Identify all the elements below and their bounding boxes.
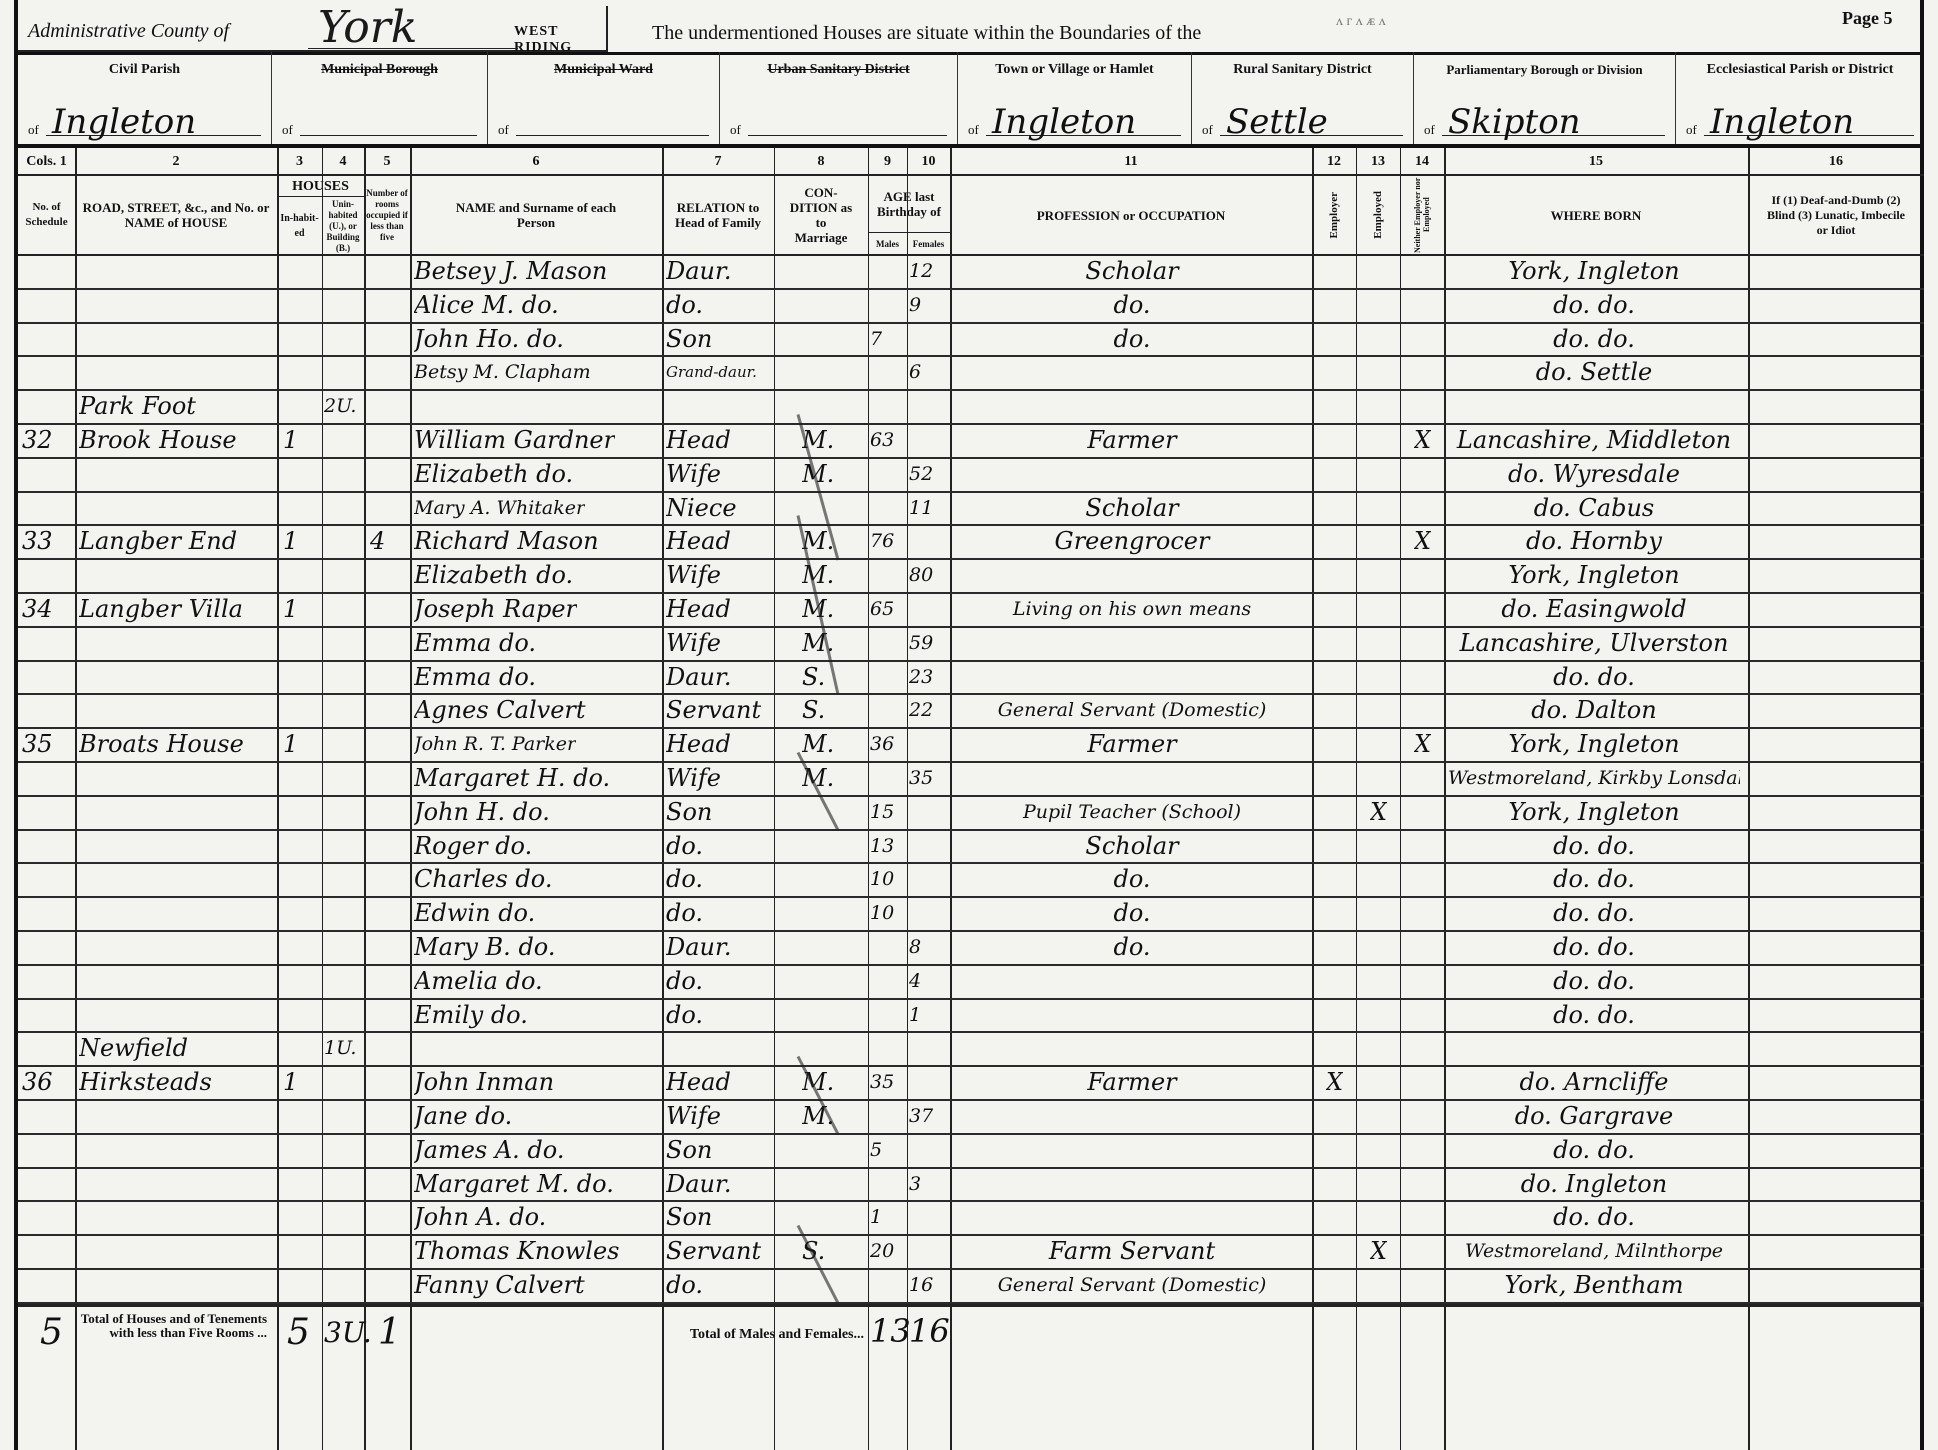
column-number: 8 — [774, 150, 868, 174]
road-house: Langber Villa — [79, 593, 243, 625]
district-label: Urban Sanitary District — [720, 62, 957, 78]
table-row: Elizabeth do.WifeM.80York, Ingleton — [0, 559, 1938, 593]
relation: do. — [666, 863, 703, 895]
header-age: AGE last Birthday of — [868, 176, 950, 232]
schedule-number: 32 — [22, 424, 53, 456]
where-born: York, Bentham — [1448, 1269, 1740, 1301]
relation: Wife — [666, 458, 721, 490]
uninhabited: 2U. — [324, 390, 356, 422]
female-age: 8 — [909, 931, 921, 963]
relation: Head — [666, 593, 731, 625]
where-born: do. do. — [1448, 897, 1740, 929]
person-name: Charles do. — [414, 863, 552, 895]
header-occupation: PROFESSION or OCCUPATION — [950, 176, 1312, 254]
table-row: Betsy M. ClaphamGrand-daur.6do. Settle — [0, 356, 1938, 390]
table-row: Margaret M. do.Daur.3do. Ingleton — [0, 1168, 1938, 1202]
occupation: Scholar — [960, 830, 1304, 862]
female-age: 35 — [909, 762, 933, 794]
occupation — [960, 1168, 1304, 1200]
where-born: do. do. — [1448, 999, 1740, 1031]
person-name: James A. do. — [414, 1134, 564, 1166]
employer-mark: X — [1326, 1066, 1343, 1098]
where-born: Lancashire, Ulverston — [1448, 627, 1740, 659]
admin-county-value: York — [318, 2, 417, 53]
where-born: do. Wyresdale — [1448, 458, 1740, 490]
table-row: 35Broats House1John R. T. ParkerHeadM.36… — [0, 728, 1938, 762]
table-row: Edwin do.do.10do.do. do. — [0, 897, 1938, 931]
district-4: Urban Sanitary Districtof — [720, 52, 958, 144]
header-rooms: Number of rooms occupied if less than fi… — [364, 176, 410, 254]
header-males: Males — [868, 234, 907, 254]
district-underline — [300, 135, 477, 136]
relation: Daur. — [666, 1168, 731, 1200]
relation: Wife — [666, 559, 721, 591]
column-number: Cols. 1 — [18, 150, 75, 174]
header-name: NAME and Surname of each Person — [410, 176, 662, 254]
table-row: Margaret H. do.WifeM.35Westmoreland, Kir… — [0, 762, 1938, 796]
header-females: Females — [907, 234, 950, 254]
column-number: 9 — [868, 150, 907, 174]
where-born: do. Hornby — [1448, 525, 1740, 557]
header-employed: Employed — [1373, 191, 1384, 239]
occupation: General Servant (Domestic) — [960, 1269, 1304, 1301]
vertical-header-cell: Employer — [1312, 176, 1356, 254]
header-relation: RELATION to Head of Family — [662, 176, 774, 254]
occupation: Scholar — [960, 255, 1304, 287]
road-house: Hirksteads — [79, 1066, 212, 1098]
district-of: of — [730, 122, 741, 138]
person-name: Fanny Calvert — [414, 1269, 585, 1301]
column-number: 14 — [1400, 150, 1444, 174]
district-of: of — [282, 122, 293, 138]
district-underline — [748, 135, 947, 136]
where-born: do. do. — [1448, 323, 1740, 355]
person-name: Emma do. — [414, 627, 536, 659]
district-label: Parliamentary Borough or Division — [1414, 62, 1675, 78]
where-born: do. Arncliffe — [1448, 1066, 1740, 1098]
male-age: 65 — [870, 593, 894, 625]
table-row: Emma do.WifeM.59Lancashire, Ulverston — [0, 627, 1938, 661]
occupation — [960, 1032, 1304, 1064]
relation: Wife — [666, 762, 721, 794]
relation: Son — [666, 323, 712, 355]
table-row: Thomas KnowlesServantS.20Farm ServantXWe… — [0, 1235, 1938, 1269]
where-born: do. Ingleton — [1448, 1168, 1740, 1200]
census-page: Administrative County of York WEST RIDIN… — [0, 0, 1938, 1450]
total-schedules: 5 — [40, 1312, 63, 1353]
occupation — [960, 458, 1304, 490]
relation: do. — [666, 897, 703, 929]
district-3: Municipal Wardof — [488, 52, 720, 144]
inhabited: 1 — [283, 424, 298, 456]
column-number: 7 — [662, 150, 774, 174]
male-age: 13 — [870, 830, 894, 862]
header-road: ROAD, STREET, &c., and No. or NAME of HO… — [75, 176, 277, 254]
uninhabited: 1U. — [324, 1032, 356, 1064]
male-age: 10 — [870, 897, 894, 929]
header-condition: CON-DITION as to Marriage — [774, 176, 868, 254]
male-age: 7 — [870, 323, 882, 355]
relation: Daur. — [666, 661, 731, 693]
district-value: Ingleton — [1710, 102, 1854, 142]
table-row: John H. do.Son15Pupil Teacher (School)XY… — [0, 796, 1938, 830]
column-number: 16 — [1748, 150, 1924, 174]
where-born: York, Ingleton — [1448, 255, 1740, 287]
where-born: do. Cabus — [1448, 492, 1740, 524]
person-name: Joseph Raper — [414, 593, 577, 625]
occupation: Farm Servant — [960, 1235, 1304, 1267]
person-name: Amelia do. — [414, 965, 543, 997]
occupation: Greengrocer — [960, 525, 1304, 557]
occupation: do. — [960, 931, 1304, 963]
column-number: 6 — [410, 150, 662, 174]
female-age: 59 — [909, 627, 933, 659]
column-number: 15 — [1444, 150, 1748, 174]
table-row: James A. do.Son5do. do. — [0, 1134, 1938, 1168]
relation: Wife — [666, 1100, 721, 1132]
person-name: Richard Mason — [414, 525, 599, 557]
person-name: Margaret M. do. — [414, 1168, 614, 1200]
admin-underline — [308, 48, 518, 49]
column-number: 5 — [364, 150, 410, 174]
district-value: Skipton — [1448, 102, 1581, 142]
female-age: 3 — [909, 1168, 921, 1200]
table-row: John Ho. do.Son7do.do. do. — [0, 323, 1938, 357]
person-name: Roger do. — [414, 830, 532, 862]
ink-stamp: ᴧ ᴦ ᴧ ᴁ ᴧ — [1336, 14, 1386, 30]
person-name: John H. do. — [414, 796, 550, 828]
relation: Son — [666, 796, 712, 828]
inhabited: 1 — [283, 593, 298, 625]
header-employer: Employer — [1329, 192, 1340, 238]
occupation: do. — [960, 323, 1304, 355]
total-inhabited: 5 — [287, 1312, 310, 1353]
table-row: Elizabeth do.WifeM.52do. Wyresdale — [0, 458, 1938, 492]
where-born — [1448, 1032, 1740, 1064]
where-born: do. Easingwold — [1448, 593, 1740, 625]
where-born: do. do. — [1448, 289, 1740, 321]
relation: Wife — [666, 627, 721, 659]
where-born: do. Settle — [1448, 356, 1740, 388]
table-row: 33Langber End14Richard MasonHeadM.76Gree… — [0, 525, 1938, 559]
schedule-number: 33 — [22, 525, 53, 557]
relation: Head — [666, 424, 731, 456]
district-label: Town or Village or Hamlet — [958, 62, 1191, 78]
admin-county-label: Administrative County of — [28, 20, 229, 43]
table-row: Emma do.Daur.S.23do. do. — [0, 661, 1938, 695]
district-7: Parliamentary Borough or DivisionofSkipt… — [1414, 52, 1676, 144]
male-age: 76 — [870, 525, 894, 557]
occupation — [960, 390, 1304, 422]
male-age: 36 — [870, 728, 894, 760]
where-born: do. Dalton — [1448, 694, 1740, 726]
column-number: 12 — [1312, 150, 1356, 174]
occupation: Farmer — [960, 1066, 1304, 1098]
female-age: 4 — [909, 965, 921, 997]
vertical-header-cell: Neither Employer nor Employed — [1400, 176, 1444, 254]
table-row: Park Foot2U. — [0, 390, 1938, 424]
relation: do. — [666, 1269, 703, 1301]
female-age: 22 — [909, 694, 933, 726]
inhabited: 1 — [283, 728, 298, 760]
occupation — [960, 559, 1304, 591]
occupation: Farmer — [960, 424, 1304, 456]
page-number: Page 5 — [1842, 8, 1892, 29]
where-born: do. Gargrave — [1448, 1100, 1740, 1132]
road-house: Brook House — [79, 424, 237, 456]
female-age: 9 — [909, 289, 921, 321]
female-age: 16 — [909, 1269, 933, 1301]
occupation — [960, 661, 1304, 693]
district-of: of — [498, 122, 509, 138]
table-row: Charles do.do.10do.do. do. — [0, 863, 1938, 897]
district-of: of — [28, 122, 39, 138]
male-age: 63 — [870, 424, 894, 456]
district-value: Ingleton — [992, 102, 1136, 142]
neither-mark: X — [1414, 728, 1431, 760]
header-neither: Neither Employer nor Employed — [1413, 176, 1431, 254]
person-name: John A. do. — [414, 1201, 546, 1233]
district-of: of — [968, 122, 979, 138]
column-number: 10 — [907, 150, 950, 174]
person-name: Agnes Calvert — [414, 694, 586, 726]
occupation: Living on his own means — [960, 593, 1304, 625]
where-born: do. do. — [1448, 931, 1740, 963]
male-age: 5 — [870, 1134, 882, 1166]
relation: Head — [666, 525, 731, 557]
male-age: 35 — [870, 1066, 894, 1098]
totals-rule — [18, 1304, 1924, 1307]
header-uninhabited: Unin-habited (U.), or Building (B.) — [322, 198, 364, 254]
district-label: Municipal Ward — [488, 62, 719, 78]
male-age: 15 — [870, 796, 894, 828]
relation: Head — [666, 728, 731, 760]
road-house: Park Foot — [79, 390, 196, 422]
occupation — [960, 627, 1304, 659]
where-born: do. do. — [1448, 830, 1740, 862]
occupation: Farmer — [960, 728, 1304, 760]
relation: Grand-daur. — [666, 356, 757, 388]
district-value: Ingleton — [52, 102, 196, 142]
road-house: Broats House — [79, 728, 244, 760]
person-name: Mary A. Whitaker — [414, 492, 585, 524]
where-born: York, Ingleton — [1448, 559, 1740, 591]
administrative-county-box: Administrative County of York WEST RIDIN… — [18, 6, 608, 52]
person-name: Betsey J. Mason — [414, 255, 607, 287]
table-row: Jane do.WifeM.37do. Gargrave — [0, 1100, 1938, 1134]
where-born: do. do. — [1448, 1134, 1740, 1166]
occupation: do. — [960, 863, 1304, 895]
inhabited: 1 — [283, 1066, 298, 1098]
column-number: 3 — [277, 150, 322, 174]
column-number: 13 — [1356, 150, 1400, 174]
occupation — [960, 762, 1304, 794]
table-row: Agnes CalvertServantS.22General Servant … — [0, 694, 1938, 728]
district-of: of — [1424, 122, 1435, 138]
relation: do. — [666, 289, 703, 321]
neither-mark: X — [1414, 525, 1431, 557]
total-houses-label: Total of Houses and of Tenements with le… — [79, 1312, 267, 1340]
total-females: 16 — [909, 1312, 950, 1350]
header-rule — [18, 144, 1924, 148]
table-row: Newfield1U. — [0, 1032, 1938, 1066]
table-row: 32Brook House1William GardnerHeadM.63Far… — [0, 424, 1938, 458]
person-name: Thomas Knowles — [414, 1235, 620, 1267]
person-name: Jane do. — [414, 1100, 512, 1132]
table-row: 34Langber Villa1Joseph RaperHeadM.65Livi… — [0, 593, 1938, 627]
district-8: Ecclesiastical Parish or DistrictofIngle… — [1676, 52, 1924, 144]
person-name: Elizabeth do. — [414, 458, 573, 490]
occupation — [960, 1100, 1304, 1132]
column-number: 2 — [75, 150, 277, 174]
district-label: Civil Parish — [18, 62, 271, 78]
table-row: Mary A. WhitakerNiece11Scholardo. Cabus — [0, 492, 1938, 526]
table-row: Betsey J. MasonDaur.12ScholarYork, Ingle… — [0, 255, 1938, 289]
table-row: Emily do.do.1do. do. — [0, 999, 1938, 1033]
person-name: Margaret H. do. — [414, 762, 610, 794]
table-row: John A. do.Son1do. do. — [0, 1201, 1938, 1235]
table-row: 36Hirksteads1John InmanHeadM.35FarmerXdo… — [0, 1066, 1938, 1100]
where-born: Lancashire, Middleton — [1448, 424, 1740, 456]
vertical-header-cell: Employed — [1356, 176, 1400, 254]
where-born: Westmoreland, Milnthorpe — [1448, 1235, 1740, 1267]
road-house: Newfield — [79, 1032, 188, 1064]
relation: Son — [666, 1134, 712, 1166]
relation: Niece — [666, 492, 737, 524]
female-age: 37 — [909, 1100, 933, 1132]
female-age: 80 — [909, 559, 933, 591]
total-rooms: 1 — [378, 1312, 401, 1353]
relation: Daur. — [666, 931, 731, 963]
header-infirmity: If (1) Deaf-and-Dumb (2) Blind (3) Lunat… — [1748, 176, 1924, 254]
header-houses: HOUSES — [277, 176, 364, 196]
person-name: John Ho. do. — [414, 323, 564, 355]
where-born — [1448, 390, 1740, 422]
district-label: Municipal Borough — [272, 62, 487, 78]
header-schedule: No. of Schedule — [18, 176, 75, 254]
person-name: Mary B. do. — [414, 931, 555, 963]
occupation — [960, 965, 1304, 997]
relation: Servant — [666, 1235, 761, 1267]
female-age: 52 — [909, 458, 933, 490]
occupation: do. — [960, 897, 1304, 929]
relation: Daur. — [666, 255, 731, 287]
district-of: of — [1686, 122, 1697, 138]
condition: M. — [802, 728, 834, 760]
houses-rule — [277, 196, 364, 197]
district-of: of — [1202, 122, 1213, 138]
inhabited: 1 — [283, 525, 298, 557]
district-label: Rural Sanitary District — [1192, 62, 1413, 78]
occupation: Pupil Teacher (School) — [960, 796, 1304, 828]
person-name: Edwin do. — [414, 897, 535, 929]
male-age: 20 — [870, 1235, 894, 1267]
female-age: 1 — [909, 999, 921, 1031]
table-row: Mary B. do.Daur.8do.do. do. — [0, 931, 1938, 965]
male-age: 10 — [870, 863, 894, 895]
occupation: do. — [960, 289, 1304, 321]
female-age: 11 — [909, 492, 933, 524]
relation: Servant — [666, 694, 761, 726]
district-1: Civil ParishofIngleton — [18, 52, 272, 144]
totals-row: 5Total of Houses and of Tenements with l… — [0, 1308, 1938, 1448]
header-where-born: WHERE BORN — [1444, 176, 1748, 254]
where-born: do. do. — [1448, 661, 1740, 693]
male-age: 1 — [870, 1201, 882, 1233]
total-uninhabited: 3U. — [324, 1316, 372, 1349]
occupation — [960, 1134, 1304, 1166]
table-row: Fanny Calvertdo.16General Servant (Domes… — [0, 1269, 1938, 1303]
person-name: John Inman — [414, 1066, 554, 1098]
relation: do. — [666, 999, 703, 1031]
person-name: William Gardner — [414, 424, 615, 456]
occupation — [960, 356, 1304, 388]
where-born: do. do. — [1448, 863, 1740, 895]
person-name: John R. T. Parker — [414, 728, 576, 760]
employed-mark: X — [1370, 796, 1387, 828]
header-inhabited: In-habit-ed — [277, 198, 322, 254]
person-name: Emma do. — [414, 661, 536, 693]
total-persons-label: Total of Males and Females... — [600, 1328, 864, 1342]
relation: do. — [666, 965, 703, 997]
occupation — [960, 1201, 1304, 1233]
boundaries-text: The undermentioned Houses are situate wi… — [652, 22, 1201, 45]
where-born: do. do. — [1448, 1201, 1740, 1233]
total-males: 13 — [870, 1312, 911, 1350]
relation: do. — [666, 830, 703, 862]
schedule-number: 35 — [22, 728, 53, 760]
district-underline — [516, 135, 709, 136]
road-house: Langber End — [79, 525, 237, 557]
where-born: do. do. — [1448, 965, 1740, 997]
rooms: 4 — [370, 525, 385, 557]
condition: S. — [802, 661, 825, 693]
person-name: Elizabeth do. — [414, 559, 573, 591]
where-born: York, Ingleton — [1448, 728, 1740, 760]
person-name: Betsy M. Clapham — [414, 356, 591, 388]
female-age: 12 — [909, 255, 933, 287]
district-5: Town or Village or HamletofIngleton — [958, 52, 1192, 144]
person-name: Alice M. do. — [414, 289, 559, 321]
district-value: Settle — [1226, 102, 1328, 142]
column-number: 11 — [950, 150, 1312, 174]
schedule-number: 36 — [22, 1066, 53, 1098]
occupation: Scholar — [960, 492, 1304, 524]
table-row: Alice M. do.do.9do.do. do. — [0, 289, 1938, 323]
female-age: 6 — [909, 356, 921, 388]
occupation — [960, 999, 1304, 1031]
table-row: Amelia do.do.4do. do. — [0, 965, 1938, 999]
where-born: York, Ingleton — [1448, 796, 1740, 828]
district-6: Rural Sanitary DistrictofSettle — [1192, 52, 1414, 144]
employed-mark: X — [1370, 1235, 1387, 1267]
neither-mark: X — [1414, 424, 1431, 456]
column-number: 4 — [322, 150, 364, 174]
female-age: 23 — [909, 661, 933, 693]
table-row: Roger do.do.13Scholardo. do. — [0, 830, 1938, 864]
person-name: Emily do. — [414, 999, 528, 1031]
age-rule — [868, 232, 950, 233]
where-born: Westmoreland, Kirkby Lonsdale — [1448, 762, 1740, 794]
condition: S. — [802, 694, 825, 726]
relation: Head — [666, 1066, 731, 1098]
relation: Son — [666, 1201, 712, 1233]
occupation: General Servant (Domestic) — [960, 694, 1304, 726]
district-2: Municipal Boroughof — [272, 52, 488, 144]
schedule-number: 34 — [22, 593, 53, 625]
district-label: Ecclesiastical Parish or District — [1676, 62, 1924, 78]
